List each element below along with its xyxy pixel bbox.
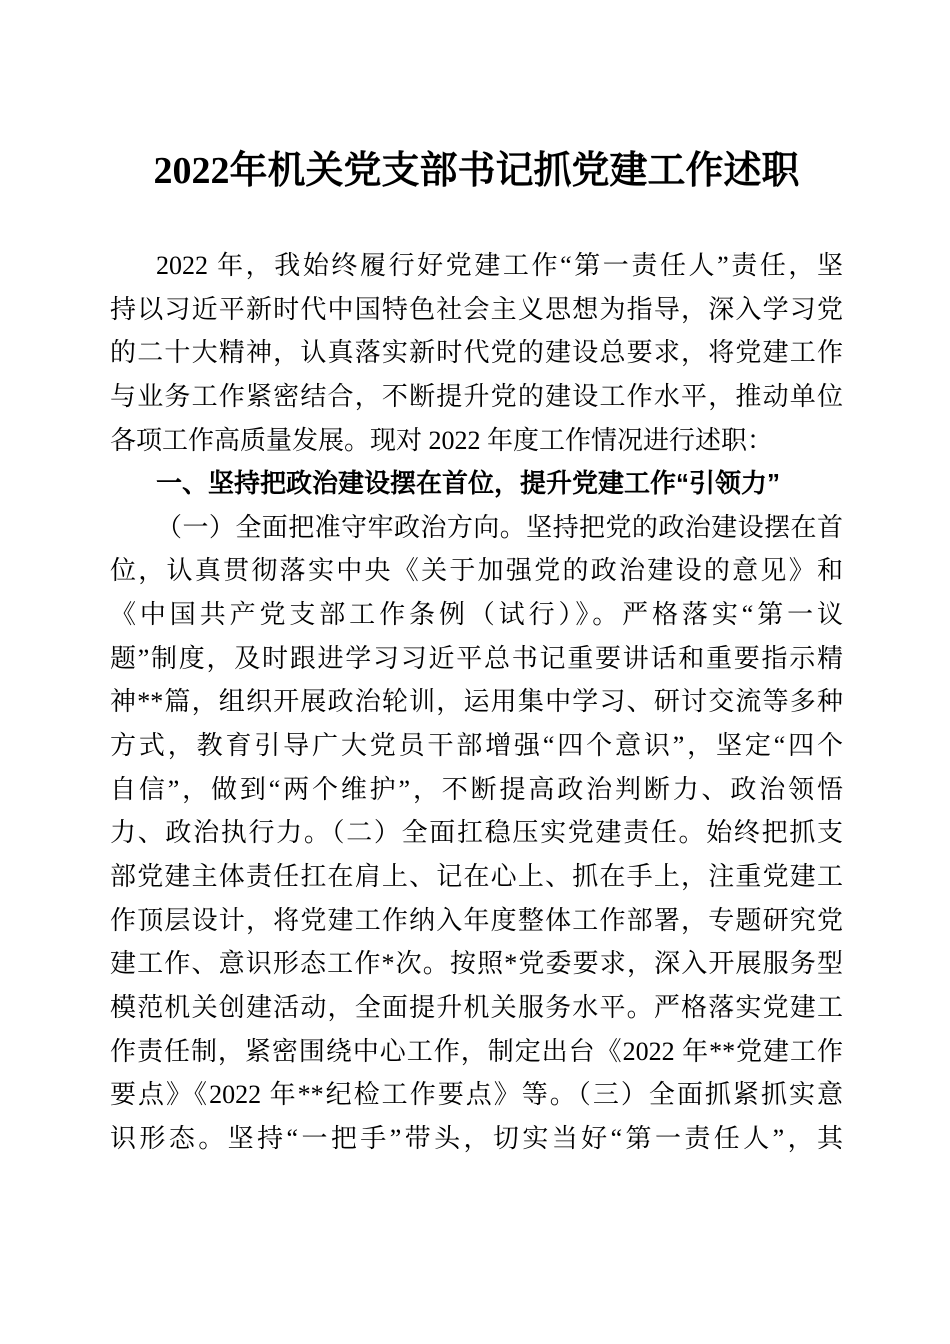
text-line: （一）全面把准守牢政治方向。坚持把党的政治建设摆在首 [110, 506, 843, 550]
text-line: 《中国共产党支部工作条例（试行）》。严格落实“第一议 [110, 593, 843, 637]
text-line: 2022 年，我始终履行好党建工作“第一责任人”责任，坚 [110, 244, 843, 288]
text-line: 各项工作高质量发展。现对 2022 年度工作情况进行述职： [110, 419, 843, 463]
text-line: 识形态。坚持“一把手”带头，切实当好“第一责任人”，其 [110, 1117, 843, 1161]
text-line: 建工作、意识形态工作*次。按照*党委要求，深入开展服务型 [110, 942, 843, 986]
text-line: 作责任制，紧密围绕中心工作，制定出台《2022 年**党建工作 [110, 1030, 843, 1074]
text-line: 与业务工作紧密结合，不断提升党的建设工作水平，推动单位 [110, 375, 843, 419]
document-page: 2022年机关党支部书记抓党建工作述职 2022 年，我始终履行好党建工作“第一… [0, 0, 950, 1344]
text-line: 持以习近平新时代中国特色社会主义思想为指导，深入学习党 [110, 288, 843, 332]
text-line: 位，认真贯彻落实中央《关于加强党的政治建设的意见》和 [110, 549, 843, 593]
section-heading: 一、坚持把政治建设摆在首位，提升党建工作“引领力” [110, 462, 843, 506]
document-title: 2022年机关党支部书记抓党建工作述职 [110, 146, 843, 196]
text-line: 力、政治执行力。（二）全面扛稳压实党建责任。始终把抓支 [110, 811, 843, 855]
text-line: 题”制度，及时跟进学习习近平总书记重要讲话和重要指示精 [110, 637, 843, 681]
text-line: 作顶层设计，将党建工作纳入年度整体工作部署，专题研究党 [110, 899, 843, 943]
text-line: 部党建主体责任扛在肩上、记在心上、抓在手上，注重党建工 [110, 855, 843, 899]
text-line: 神**篇，组织开展政治轮训，运用集中学习、研讨交流等多种 [110, 680, 843, 724]
document-body: 2022 年，我始终履行好党建工作“第一责任人”责任，坚持以习近平新时代中国特色… [110, 244, 843, 1160]
text-line: 模范机关创建活动，全面提升机关服务水平。严格落实党建工 [110, 986, 843, 1030]
text-line: 自信”，做到“两个维护”，不断提高政治判断力、政治领悟 [110, 768, 843, 812]
text-line: 的二十大精神，认真落实新时代党的建设总要求，将党建工作 [110, 331, 843, 375]
text-line: 要点》《2022 年**纪检工作要点》等。（三）全面抓紧抓实意 [110, 1073, 843, 1117]
text-line: 方式，教育引导广大党员干部增强“四个意识”，坚定“四个 [110, 724, 843, 768]
